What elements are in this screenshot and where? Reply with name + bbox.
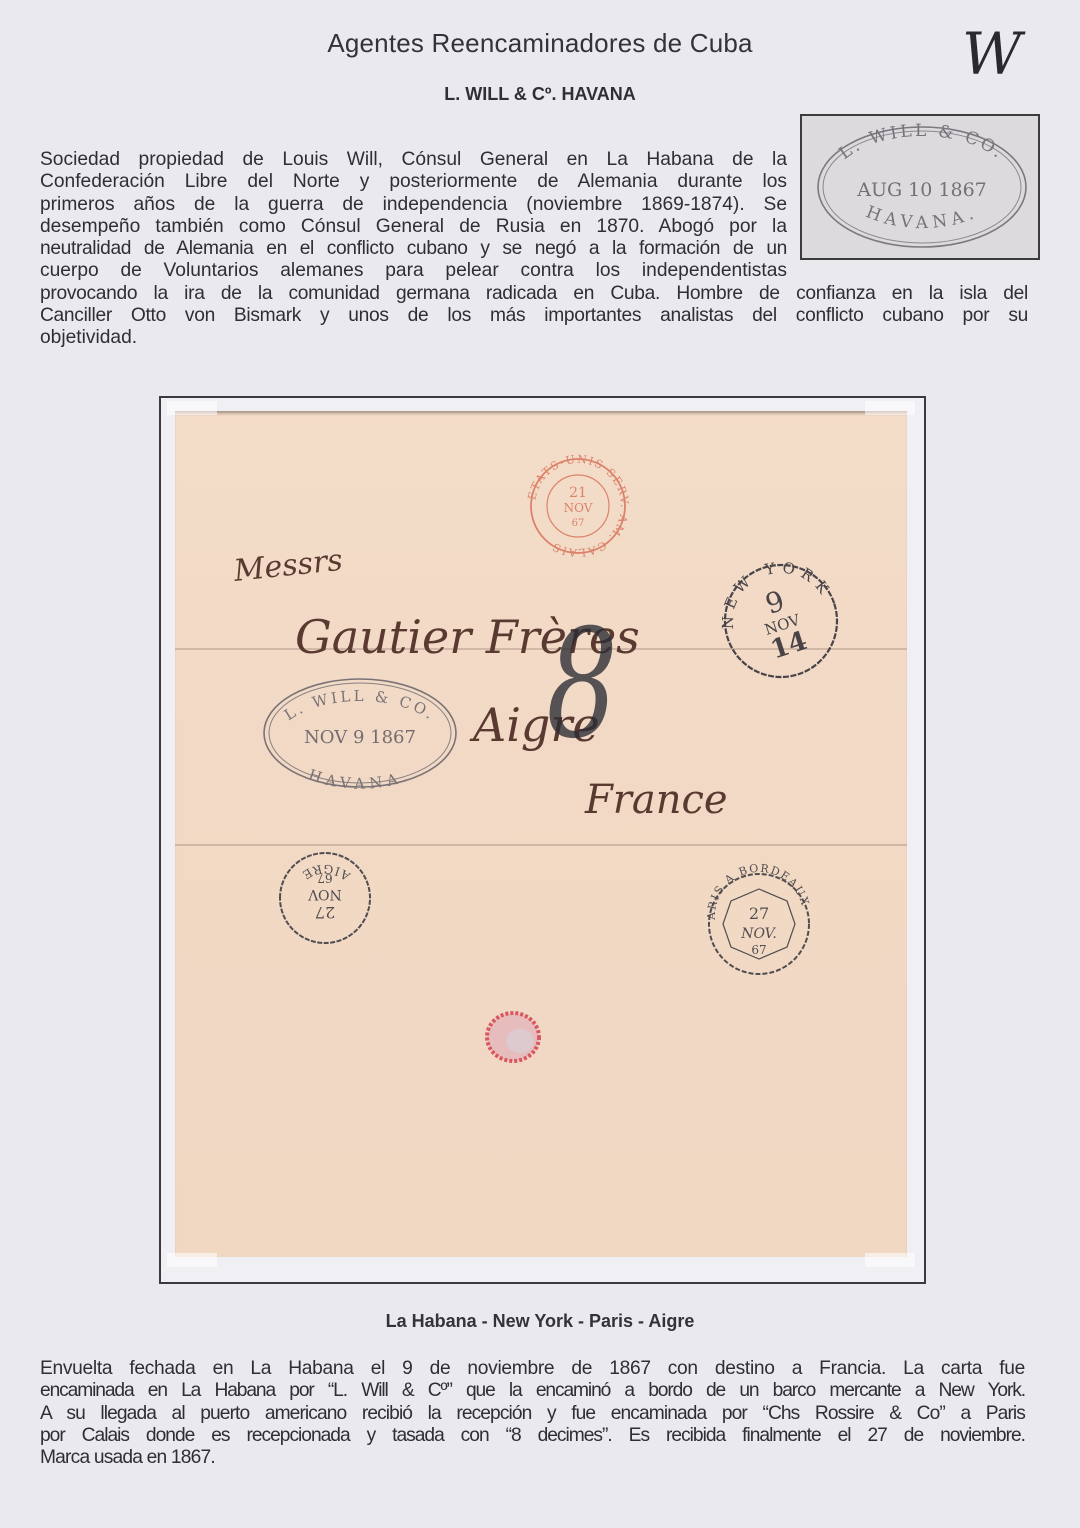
intro-line: desempeño también como Cónsul General de… (40, 216, 787, 238)
detail-stamp-image: L. WILL & CO. AUG 10 1867 HAVANA. (800, 114, 1040, 260)
intro-line: Canciller Otto von Bismark y unos de los… (40, 305, 1028, 327)
intro-line: provocando la ira de la comunidad german… (40, 283, 1028, 305)
svg-text:67: 67 (572, 518, 585, 529)
addressee-country: France (584, 777, 728, 823)
wax-seal-remnant (487, 1013, 539, 1061)
svg-text:AUG 10 1867: AUG 10 1867 (856, 179, 987, 201)
page-subtitle: L. WILL & Cº. HAVANA (0, 84, 1080, 105)
svg-text:67: 67 (317, 871, 332, 885)
svg-text:PARIS A BORDEAUX 1°: PARIS A BORDEAUX 1° (175, 411, 813, 921)
svg-text:NOV: NOV (307, 886, 341, 902)
intro-line: Confederación Libre del Norte y posterio… (40, 171, 787, 193)
intro-line: Sociedad propiedad de Louis Will, Cónsul… (40, 149, 787, 171)
svg-text:21: 21 (569, 485, 587, 501)
intro-line: cuerpo de Voluntarios alemanes para pele… (40, 260, 787, 282)
red-transit-stamp: ETATS-UNIS SERV. AM. CALAIS 21 NOV 67 (525, 453, 631, 560)
intro-line: objetividad. (40, 327, 1028, 349)
svg-text:27: 27 (749, 904, 769, 923)
intro-line: neutralidad de Alemania en el conflicto … (40, 238, 787, 260)
intro-line: primeros años de la guerra de independen… (40, 194, 787, 216)
aigre-arrival-stamp: AIGRE 27 NOV 67 (280, 853, 370, 943)
svg-text:NOV: NOV (564, 501, 593, 515)
route-caption: La Habana - New York - Paris - Aigre (0, 1311, 1080, 1332)
svg-text:L. WILL & CO.: L. WILL & CO. (835, 121, 1008, 164)
forwarder-oval-stamp: L. WILL & CO. NOV 9 1867 HAVANA. (264, 679, 456, 793)
cover-markings: ETATS-UNIS SERV. AM. CALAIS 21 NOV 67 NE… (175, 411, 907, 1257)
section-letter: W (962, 20, 1022, 88)
svg-text:L. WILL & CO.: L. WILL & CO. (281, 687, 439, 724)
new-york-stamp: NEW YORK 9 NOV 14 (703, 542, 857, 693)
postal-cover: ETATS-UNIS SERV. AM. CALAIS 21 NOV 67 NE… (175, 411, 907, 1257)
page-title: Agentes Reencaminadores de Cuba (0, 28, 1080, 59)
description-line: Marca usada en 1867. (40, 1447, 1025, 1469)
svg-text:HAVANA.: HAVANA. (306, 765, 414, 792)
description-text: Envuelta fechada en La Habana el 9 de no… (40, 1358, 1025, 1469)
svg-text:NOV.: NOV. (740, 926, 777, 942)
description-line: encaminada en La Habana por “L. Will & C… (40, 1380, 1025, 1402)
paris-bordeaux-stamp: PARIS A BORDEAUX 1° 27 NOV. 67 (175, 411, 813, 974)
svg-text:NOV 9 1867: NOV 9 1867 (304, 727, 416, 748)
tax-mark-8: 8 (546, 598, 618, 772)
description-line: por Calais donde es recepcionada y tasad… (40, 1425, 1025, 1447)
svg-text:27: 27 (315, 903, 335, 922)
oval-handstamp: L. WILL & CO. AUG 10 1867 HAVANA. (802, 116, 1038, 258)
salutation: Messrs (231, 543, 344, 589)
svg-text:HAVANA.: HAVANA. (863, 202, 981, 233)
description-line: A su llegada al puerto americano recibió… (40, 1403, 1025, 1425)
svg-text:67: 67 (751, 943, 766, 957)
description-line: Envuelta fechada en La Habana el 9 de no… (40, 1358, 1025, 1380)
